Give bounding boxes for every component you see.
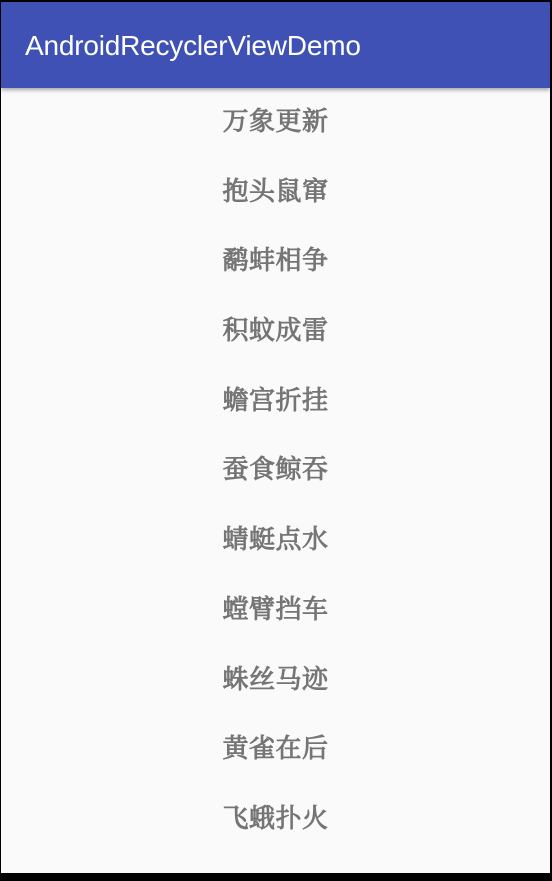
list-item[interactable]: 螳臂挡车 bbox=[1, 576, 550, 646]
list-item[interactable]: 蟾宫折挂 bbox=[1, 367, 550, 437]
list-item-label: 螳臂挡车 bbox=[222, 594, 328, 626]
list-item-label: 抱头鼠窜 bbox=[222, 176, 328, 208]
list-item[interactable]: 积蚊成雷 bbox=[1, 297, 550, 367]
list-item[interactable]: 飞蛾扑火 bbox=[1, 785, 550, 855]
app-title: AndroidRecyclerViewDemo bbox=[25, 28, 361, 64]
list-item-label: 飞蛾扑火 bbox=[222, 803, 328, 835]
list-item[interactable]: 鹬蚌相争 bbox=[1, 227, 550, 297]
list-item-label: 蜻蜓点水 bbox=[222, 524, 328, 556]
list-item-label: 积蚊成雷 bbox=[222, 315, 328, 347]
list-item-label: 万象更新 bbox=[222, 106, 328, 138]
list-item[interactable]: 蚕食鲸吞 bbox=[1, 436, 550, 506]
list-item[interactable]: 蛛丝马迹 bbox=[1, 646, 550, 716]
list-item[interactable]: 黄雀在后 bbox=[1, 715, 550, 785]
recycler-view-list[interactable]: 万象更新 抱头鼠窜 鹬蚌相争 积蚊成雷 蟾宫折挂 蚕食鲸吞 蜻蜓点水 螳臂挡车 … bbox=[1, 88, 550, 855]
app-bar: AndroidRecyclerViewDemo bbox=[1, 2, 550, 88]
list-item[interactable]: 抱头鼠窜 bbox=[1, 158, 550, 228]
list-item-label: 鹬蚌相争 bbox=[222, 245, 328, 277]
list-item-label: 蚕食鲸吞 bbox=[222, 454, 328, 486]
list-item[interactable]: 蜻蜓点水 bbox=[1, 506, 550, 576]
list-item-label: 蛛丝马迹 bbox=[222, 664, 328, 696]
list-item-label: 黄雀在后 bbox=[222, 733, 328, 765]
list-item-label: 蟾宫折挂 bbox=[222, 385, 328, 417]
app-screen: AndroidRecyclerViewDemo 万象更新 抱头鼠窜 鹬蚌相争 积… bbox=[1, 2, 550, 873]
list-item[interactable]: 万象更新 bbox=[1, 88, 550, 158]
